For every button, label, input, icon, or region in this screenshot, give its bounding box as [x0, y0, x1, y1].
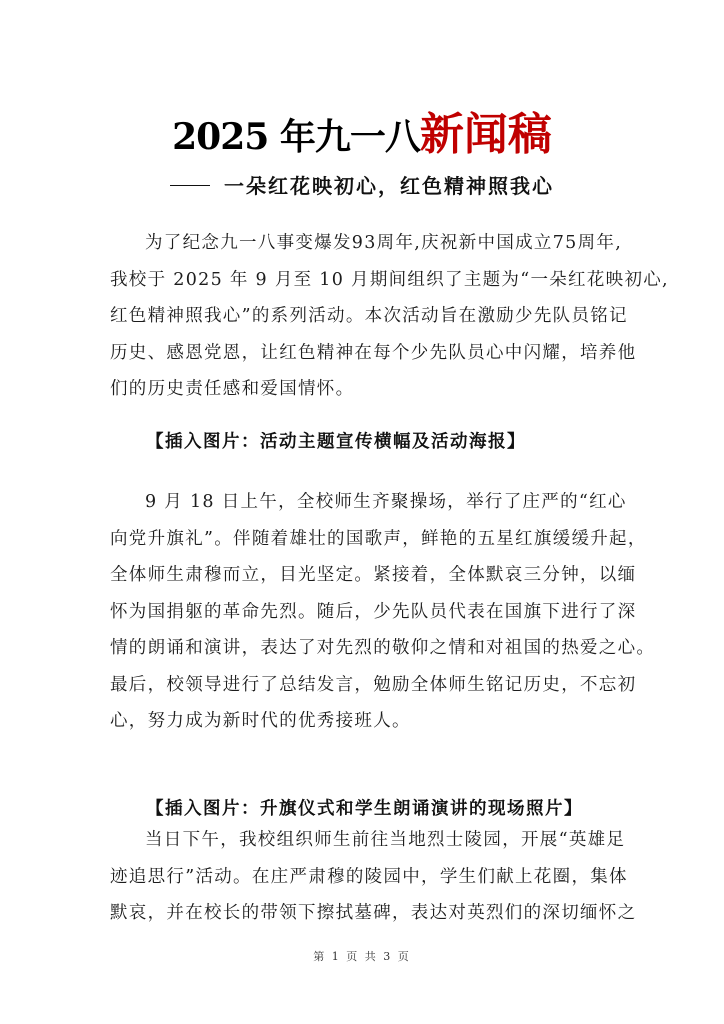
paragraph-line: 9 月 18 日上午，全校师生齐聚操场，举行了庄严的“红心	[110, 484, 634, 521]
paragraph-line: 情的朗诵和演讲，表达了对先烈的敬仰之情和对祖国的热爱之心。	[110, 630, 634, 667]
paragraph-line: 当日下午，我校组织师生前往当地烈士陵园，开展“英雄足	[110, 822, 634, 859]
paragraph-line: 全体师生肃穆而立，目光坚定。紧接着，全体默哀三分钟，以缅	[110, 557, 634, 594]
paragraph-line: 我校于 2025 年 9 月至 10 月期间组织了主题为“一朵红花映初心,	[110, 262, 634, 299]
paragraph-3: 当日下午，我校组织师生前往当地烈士陵园，开展“英雄足 迹追思行”活动。在庄严肃穆…	[110, 822, 634, 932]
paragraph-2: 9 月 18 日上午，全校师生齐聚操场，举行了庄严的“红心 向党升旗礼”。伴随着…	[110, 484, 634, 740]
title-red-part: 新闻稿	[420, 109, 552, 160]
document-subtitle: 一朵红花映初心，红色精神照我心	[0, 170, 724, 199]
image-placeholder-1: 【插入图片：活动主题宣传横幅及活动海报】	[146, 428, 526, 453]
paragraph-1: 为了纪念九一八事变爆发93周年,庆祝新中国成立75周年, 我校于 2025 年 …	[110, 225, 634, 408]
paragraph-line: 红色精神照我心”的系列活动。本次活动旨在激励少先队员铭记	[110, 298, 634, 335]
document-page: 2025 年九一八新闻稿 一朵红花映初心，红色精神照我心 为了纪念九一八事变爆发…	[0, 0, 724, 1024]
image-placeholder-2: 【插入图片：升旗仪式和学生朗诵演讲的现场照片】	[146, 795, 583, 820]
subtitle-dash	[170, 185, 210, 186]
document-title: 2025 年九一八新闻稿	[0, 98, 724, 162]
subtitle-text: 一朵红花映初心，红色精神照我心	[224, 174, 554, 198]
title-black-part: 2025 年九一八	[172, 116, 420, 158]
paragraph-line: 历史、感恩党恩，让红色精神在每个少先队员心中闪耀，培养他	[110, 335, 634, 372]
paragraph-line: 怀为国捐躯的革命先烈。随后，少先队员代表在国旗下进行了深	[110, 594, 634, 631]
paragraph-line: 迹追思行”活动。在庄严肃穆的陵园中，学生们献上花圈，集体	[110, 859, 634, 896]
paragraph-line: 最后，校领导进行了总结发言，勉励全体师生铭记历史，不忘初	[110, 667, 634, 704]
paragraph-line: 为了纪念九一八事变爆发93周年,庆祝新中国成立75周年,	[110, 225, 634, 262]
page-footer: 第 1 页 共 3 页	[0, 948, 724, 964]
paragraph-line: 默哀，并在校长的带领下擦拭墓碑，表达对英烈们的深切缅怀之	[110, 895, 634, 932]
paragraph-line: 们的历史责任感和爱国情怀。	[110, 371, 634, 408]
paragraph-line: 心，努力成为新时代的优秀接班人。	[110, 703, 634, 740]
paragraph-line: 向党升旗礼”。伴随着雄壮的国歌声，鲜艳的五星红旗缓缓升起，	[110, 521, 634, 558]
